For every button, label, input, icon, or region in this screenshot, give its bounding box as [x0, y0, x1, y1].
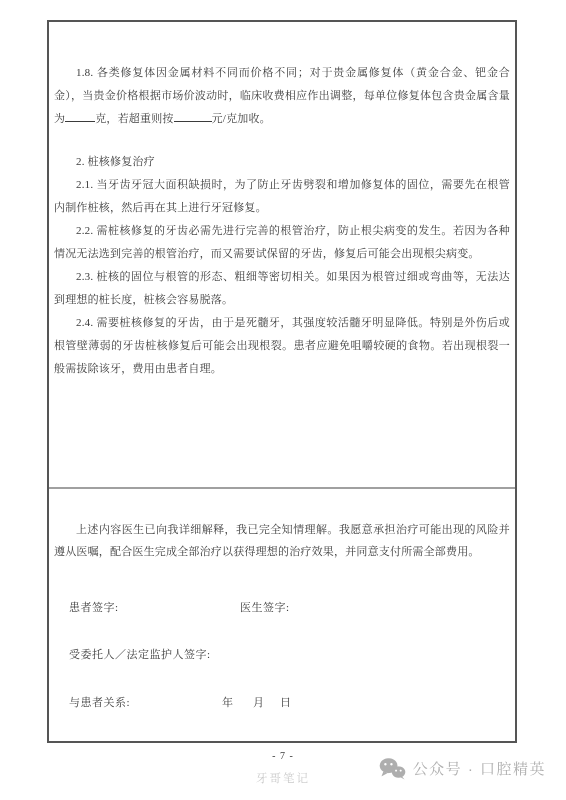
date-day-label: 日 — [280, 694, 292, 710]
consent-statement: 上述内容医生已向我详细解释，我已完全知情理解。我愿意承担治疗可能出现的风险并遵从… — [54, 519, 510, 563]
wechat-icon — [379, 757, 406, 780]
section-divider — [49, 487, 515, 489]
signature-row-relation-date: 与患者关系: 年 月 日 — [69, 694, 499, 710]
signature-row-patient-doctor: 患者签字: 医生签字: — [69, 599, 499, 615]
para-1-8-text-end: 元/克加收。 — [212, 113, 271, 125]
document-body: 1.8. 各类修复体因金属材料不同而价格不同；对于贵金属修复体（黄金合金、钯金合… — [54, 62, 510, 381]
date-year-label: 年 — [222, 694, 234, 710]
wechat-account-badge: 公众号 · 口腔精英 — [379, 757, 546, 780]
section-2-heading: 2. 桩核修复治疗 — [54, 151, 510, 174]
consent-form-page: 1.8. 各类修复体因金属材料不同而价格不同；对于贵金属修复体（黄金合金、钯金合… — [47, 20, 517, 743]
gold-weight-blank-field — [65, 110, 95, 122]
date-month-label: 月 — [253, 694, 265, 710]
wechat-account-label: 公众号 · 口腔精英 — [413, 758, 546, 779]
para-2-4: 2.4. 需要桩核修复的牙齿，由于是死髓牙，其强度较活髓牙明显降低。特别是外伤后… — [54, 312, 510, 381]
para-2-2: 2.2. 需桩核修复的牙齿必需先进行完善的根管治疗，防止根尖病变的发生。若因为各… — [54, 220, 510, 266]
surcharge-blank-field — [174, 110, 212, 122]
para-2-1: 2.1. 当牙齿牙冠大面积缺损时，为了防止牙齿劈裂和增加修复体的固位，需要先在根… — [54, 174, 510, 220]
doctor-signature-label: 医生签字: — [240, 599, 290, 615]
signature-row-guardian: 受委托人／法定监护人签字: — [69, 646, 211, 662]
patient-signature-label: 患者签字: — [69, 602, 119, 614]
para-1-8: 1.8. 各类修复体因金属材料不同而价格不同；对于贵金属修复体（黄金合金、钯金合… — [54, 62, 510, 131]
relation-label: 与患者关系: — [69, 697, 130, 709]
para-2-3: 2.3. 桩核的固位与根管的形态、粗细等密切相关。如果因为根管过细或弯曲等，无法… — [54, 266, 510, 312]
guardian-signature-label: 受委托人／法定监护人签字: — [69, 649, 211, 661]
para-1-8-text-mid: 克，若超重则按 — [95, 113, 173, 125]
